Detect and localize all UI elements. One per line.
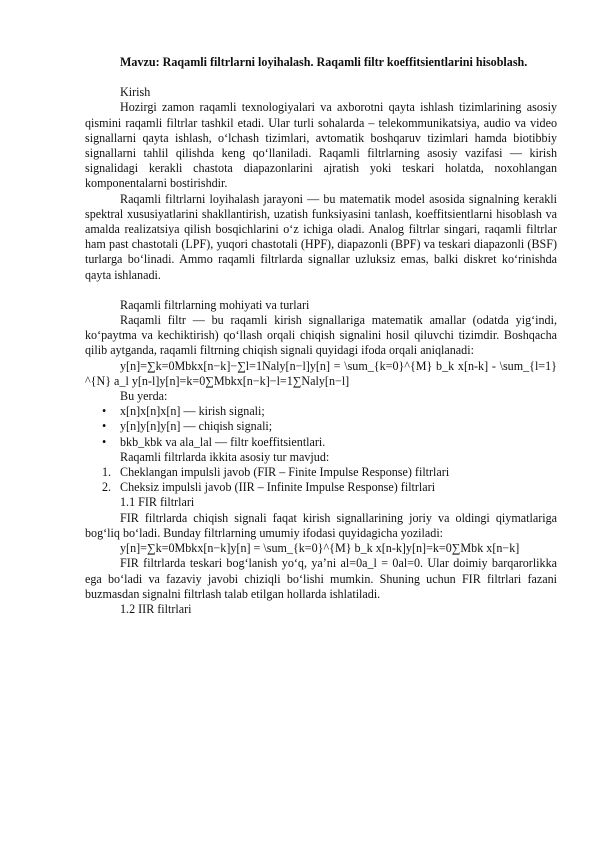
intro-paragraph-2: Raqamli filtrlarni loyihalash jarayoni —… <box>85 192 557 283</box>
list-item: •y[n]y[n]y[n] — chiqish signali; <box>85 419 557 434</box>
bullet-icon: • <box>102 419 106 434</box>
filter-types-list: 1.Cheklangan impulsli javob (FIR – Finit… <box>85 465 557 495</box>
types-intro: Raqamli filtrlarda ikkita asosiy tur mav… <box>85 450 557 465</box>
intro-heading: Kirish <box>85 85 557 100</box>
list-item: •bkb_kbk va ala_lal — filtr koeffitsient… <box>85 435 557 450</box>
list-item: 2.Cheksiz impulsli javob (IIR – Infinite… <box>85 480 557 495</box>
intro-paragraph-1: Hozirgi zamon raqamli texnologiyalari va… <box>85 100 557 191</box>
fir-formula: y[n]=∑k=0Mbkx[n−k]y[n] = \sum_{k=0}^{M} … <box>85 541 557 556</box>
spacer <box>85 283 557 298</box>
fir-paragraph: FIR filtrlarda chiqish signali faqat kir… <box>85 511 557 541</box>
document-page: Mavzu: Raqamli filtrlarni loyihalash. Ra… <box>85 55 557 617</box>
section1-paragraph: Raqamli filtr — bu raqamli kirish signal… <box>85 313 557 359</box>
where-label: Bu yerda: <box>85 389 557 404</box>
general-filter-formula: y[n]=∑k=0Mbkx[n−k]−∑l=1Naly[n−l]y[n] = \… <box>85 359 557 389</box>
document-title: Mavzu: Raqamli filtrlarni loyihalash. Ra… <box>85 55 557 70</box>
spacer <box>85 70 557 85</box>
bullet-icon: • <box>102 404 106 419</box>
list-item: •x[n]x[n]x[n] — kirish signali; <box>85 404 557 419</box>
list-item: 1.Cheklangan impulsli javob (FIR – Finit… <box>85 465 557 480</box>
fir-paragraph-2: FIR filtrlarda teskari bog‘lanish yo‘q, … <box>85 556 557 602</box>
iir-heading: 1.2 IIR filtrlari <box>85 602 557 617</box>
definitions-list: •x[n]x[n]x[n] — kirish signali; •y[n]y[n… <box>85 404 557 450</box>
bullet-icon: • <box>102 435 106 450</box>
section1-heading: Raqamli filtrlarning mohiyati va turlari <box>85 298 557 313</box>
fir-heading: 1.1 FIR filtrlari <box>85 495 557 510</box>
